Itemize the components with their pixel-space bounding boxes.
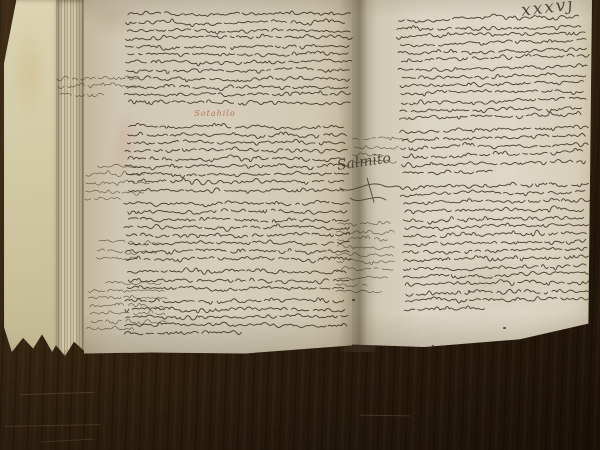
table-scratch xyxy=(5,424,100,427)
page-edges-stack xyxy=(56,0,86,356)
cover-stain xyxy=(12,24,46,120)
table-scratch xyxy=(40,439,95,443)
table-scratch xyxy=(360,415,410,417)
ink-speck xyxy=(352,299,355,301)
table-scratch xyxy=(20,392,95,396)
ink-speck xyxy=(503,327,506,329)
red-ink-caption: Sotahilo xyxy=(175,109,255,118)
right-page xyxy=(352,0,592,348)
ink-speck xyxy=(468,290,470,292)
ink-speck xyxy=(432,345,434,347)
rubric-flourish xyxy=(334,176,406,214)
left-page xyxy=(84,0,352,356)
manuscript-photo: xxxvj Sotahilo Salmito xyxy=(0,0,600,450)
